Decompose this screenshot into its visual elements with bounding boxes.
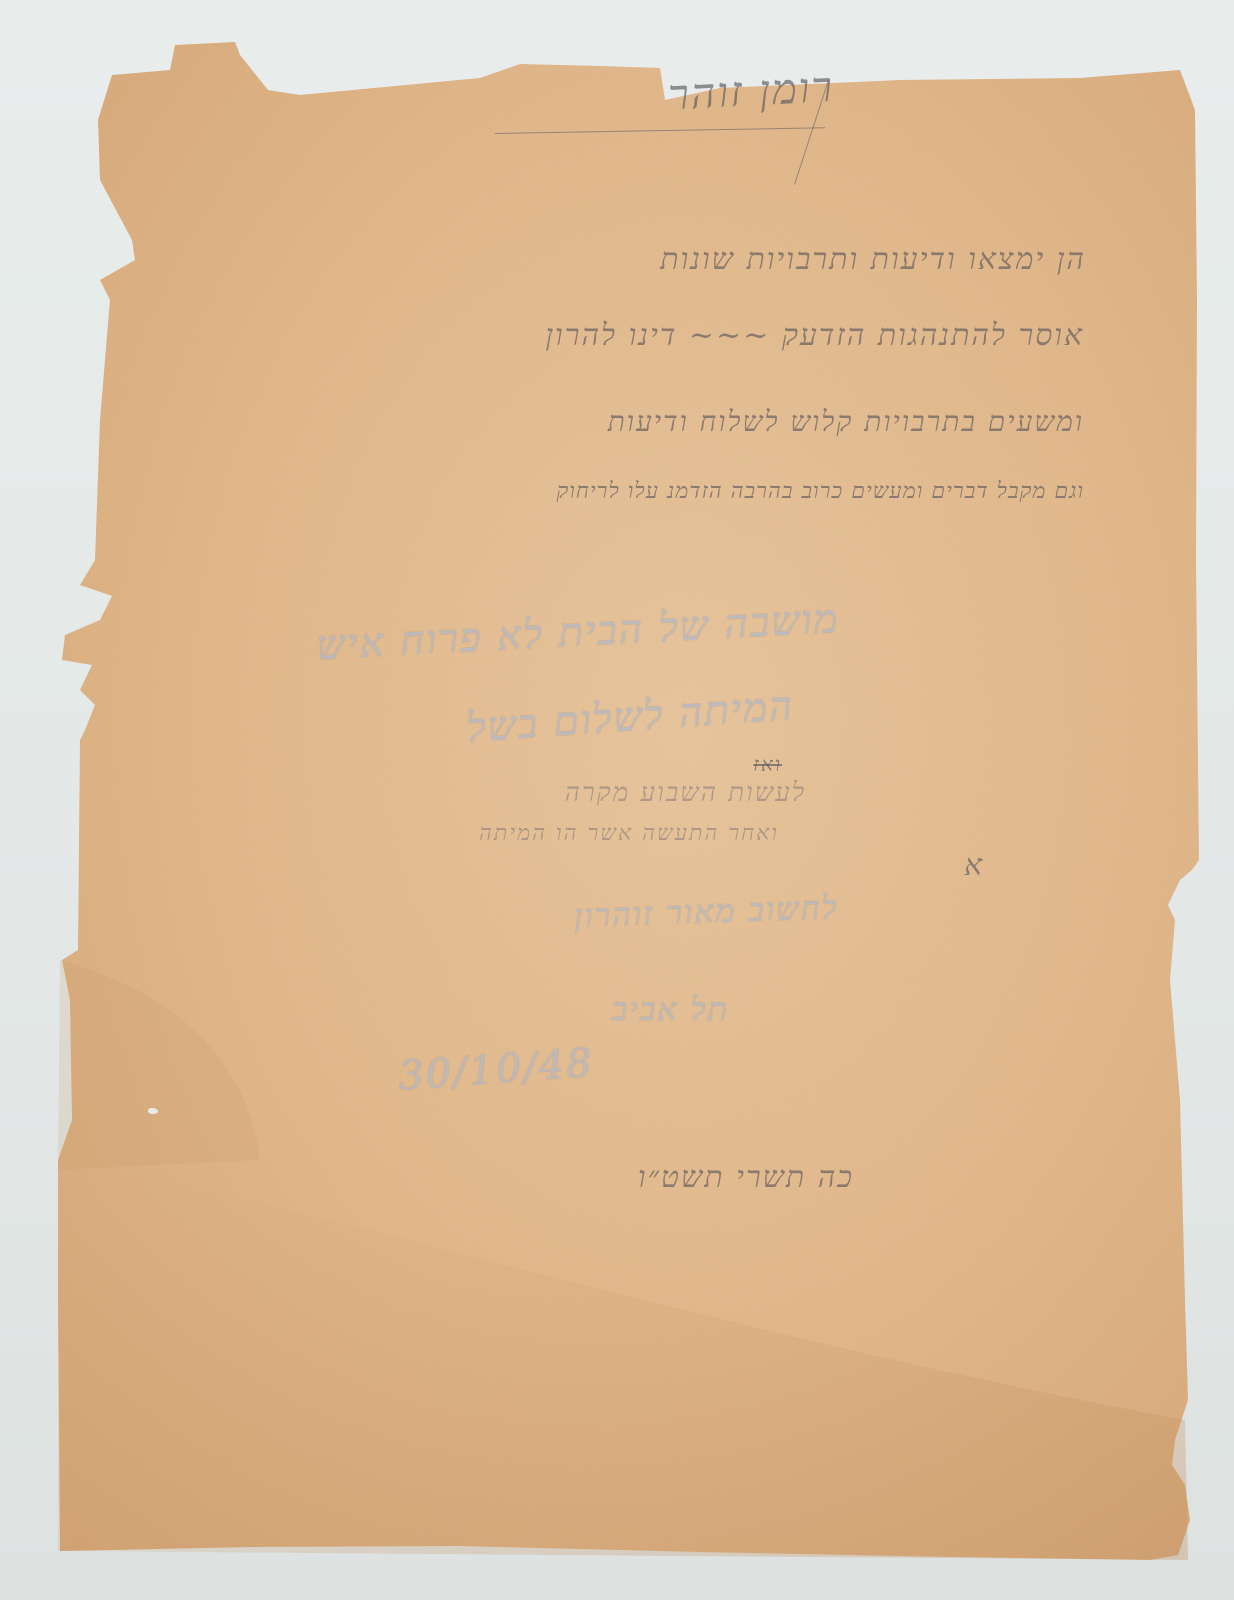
closing-place: תל אביב [612,990,729,1028]
paper-sheet: רומן זוהר הן ימצאו ודיעות ותרבויות שונות… [0,0,1234,1600]
middle-line-6-mark: א [964,848,984,883]
body-line-1: הן ימצאו ודיעות ותרבויות שונות [660,242,1086,277]
middle-line-4: לעשות השבוע מקרה [565,778,806,808]
closing-hebrew-date: כה תשרי תשט״ו [638,1160,854,1195]
middle-line-3-correction: ואז [753,752,782,777]
body-line-4: וגם מקבל דברים ומעשים כרוב בהרבה הזדמנ ע… [556,478,1084,504]
header-title: רומן זוהר [667,62,835,121]
middle-line-5: ואחר התעשה אשר הו המיתה [479,820,779,846]
body-line-2: אוסר להתנהגות הזדעק ~~~ דינו להרון [545,318,1084,353]
body-line-3: ומשעים בתרבויות קלוש לשלוח ודיעות [608,405,1084,439]
paper-hole [148,1108,158,1114]
